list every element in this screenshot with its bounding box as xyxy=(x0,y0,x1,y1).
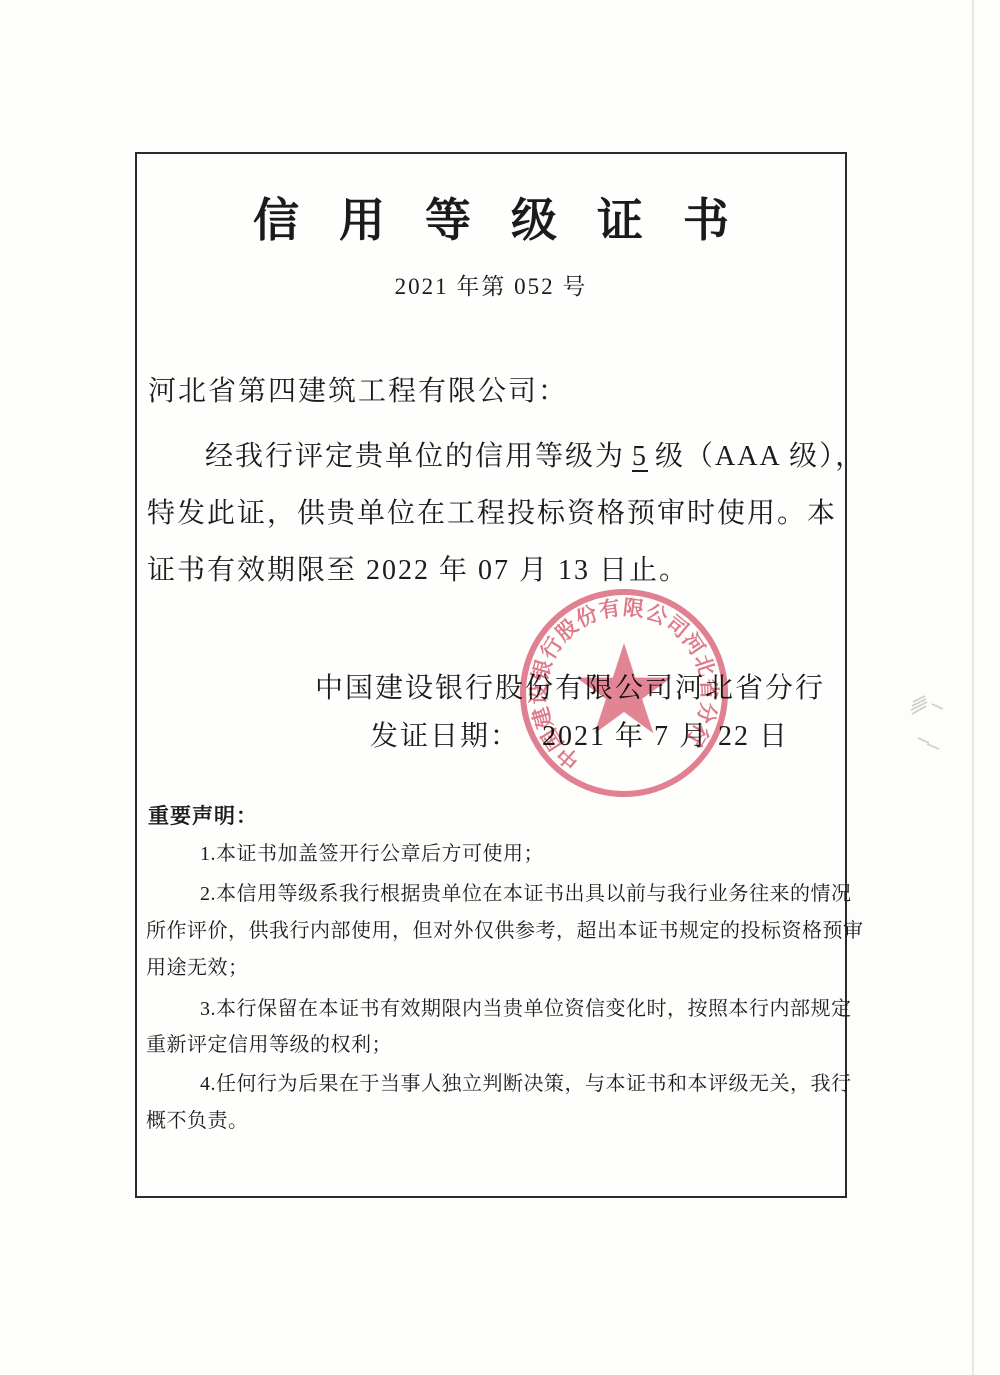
notice-line: 概不负责。 xyxy=(146,1104,249,1133)
notice-heading: 重要声明： xyxy=(148,800,258,830)
certificate-border-frame: 信用等级证书 2021 年第 052 号 河北省第四建筑工程有限公司： 经我行评… xyxy=(135,152,847,1198)
body-line-rating: 经我行评定贵单位的信用等级为5级（AAA 级）， xyxy=(205,434,865,474)
notice-line: 1.本证书加盖签开行公章后方可使用； xyxy=(200,837,544,866)
body-line-purpose: 特发此证，供贵单位在工程投标资格预审时使用。本 xyxy=(147,491,837,531)
notice-line: 4.任何行为后果在于当事人独立判断决策，与本证书和本评级无关，我行 xyxy=(200,1067,852,1096)
scan-smudge-mark xyxy=(885,690,960,775)
issue-date-label: 发证日期： xyxy=(370,714,520,754)
scan-edge-line xyxy=(972,0,974,1375)
rating-suffix-text: 级（AAA 级）， xyxy=(655,441,865,472)
notice-line: 用途无效； xyxy=(146,951,249,980)
notice-line: 重新评定信用等级的权利； xyxy=(146,1028,392,1057)
scanned-certificate-page: 信用等级证书 2021 年第 052 号 河北省第四建筑工程有限公司： 经我行评… xyxy=(0,0,1000,1375)
rating-prefix-text: 经我行评定贵单位的信用等级为 xyxy=(205,441,625,472)
notice-line: 所作评价，供我行内部使用，但对外仅供参考，超出本证书规定的投标资格预审 xyxy=(146,914,864,943)
issue-date-value: 2021 年 7 月 22 日 xyxy=(542,714,789,754)
company-name-line: 河北省第四建筑工程有限公司： xyxy=(148,369,568,409)
certificate-serial-number: 2021 年第 052 号 xyxy=(137,268,845,301)
issuer-bank-name: 中国建设银行股份有限公司河北省分行 xyxy=(315,666,825,706)
body-line-validity: 证书有效期限至 2022 年 07 月 13 日止。 xyxy=(147,548,689,588)
notice-line: 3.本行保留在本证书有效期限内当贵单位资信变化时，按照本行内部规定 xyxy=(200,992,852,1021)
issue-date-line: 发证日期： 2021 年 7 月 22 日 xyxy=(370,714,789,754)
certificate-title: 信用等级证书 xyxy=(137,184,845,250)
rating-grade-value: 5 xyxy=(625,441,655,472)
notice-line: 2.本信用等级系我行根据贵单位在本证书出具以前与我行业务往来的情况 xyxy=(200,877,852,906)
